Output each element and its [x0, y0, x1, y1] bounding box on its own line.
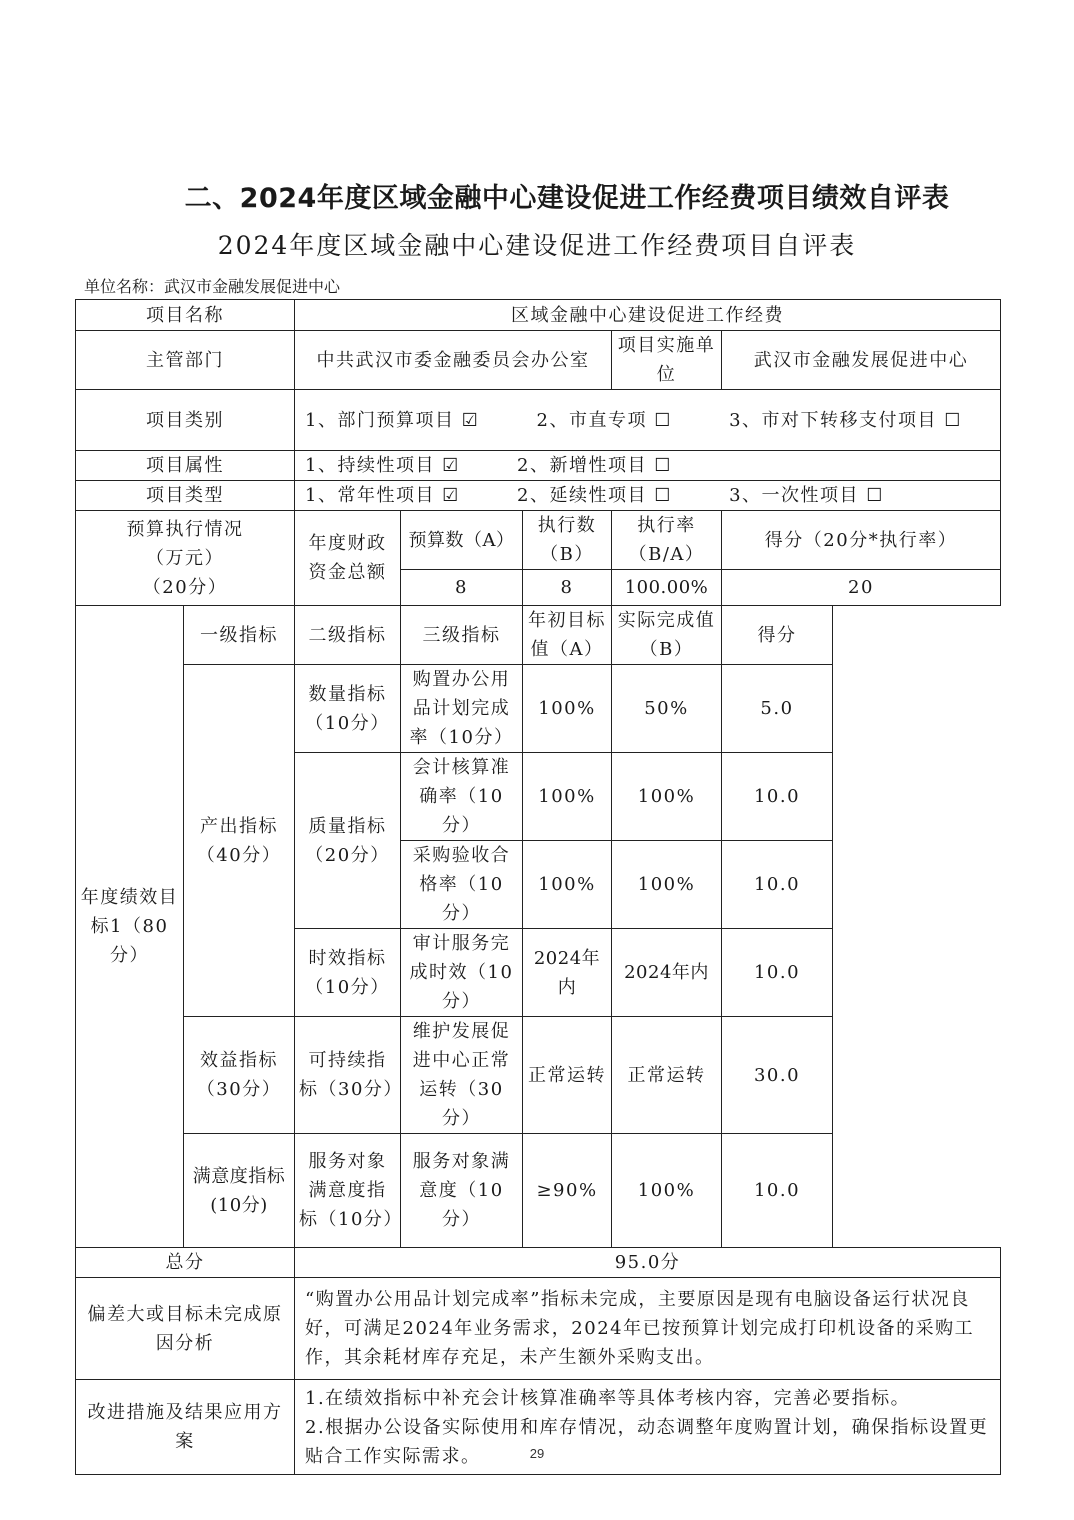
level2-quantity: 数量指标（10分）	[295, 665, 401, 753]
target-value: 2024年内	[523, 929, 612, 1017]
table-row: 效益指标（30分） 可持续指标（30分） 维护发展促进中心正常运转（30分） 正…	[76, 1017, 1001, 1134]
category-label: 项目类别	[76, 390, 295, 451]
score-value: 10.0	[722, 753, 833, 841]
budget-header-a: 预算数（A）	[401, 511, 523, 570]
budget-label-line: （万元）	[80, 544, 290, 573]
header-score: 得分	[722, 606, 833, 665]
budget-header-score: 得分（20分*执行率）	[722, 511, 1001, 570]
header-level1: 一级指标	[184, 606, 295, 665]
budget-value-b: 8	[523, 570, 612, 606]
budget-value-score: 20	[722, 570, 1001, 606]
deviation-label: 偏差大或目标未完成原因分析	[76, 1278, 295, 1380]
type-option-onetime: 3、一次性项目 ☐	[729, 481, 884, 510]
budget-value-a: 8	[401, 570, 523, 606]
table-row: 满意度指标(10分) 服务对象满意度指标（10分） 服务对象满意度（10分） ≥…	[76, 1134, 1001, 1248]
level3: 维护发展促进中心正常运转（30分）	[401, 1017, 523, 1134]
actual-value: 2024年内	[612, 929, 722, 1017]
actual-value: 100%	[612, 841, 722, 929]
attribute-option-new: 2、新增性项目 ☐	[517, 451, 672, 480]
level3: 审计服务完成时效（10分）	[401, 929, 523, 1017]
level3: 采购验收合格率（10分）	[401, 841, 523, 929]
category-options: 1、部门预算项目 ☑ 2、市直专项 ☐ 3、市对下转移支付项目 ☐	[295, 390, 1001, 451]
budget-label: 预算执行情况 （万元） （20分）	[76, 511, 295, 606]
score-value: 10.0	[722, 929, 833, 1017]
score-value: 30.0	[722, 1017, 833, 1134]
level2-satisfaction: 服务对象满意度指标（10分）	[295, 1134, 401, 1248]
score-value: 5.0	[722, 665, 833, 753]
level2-quality: 质量指标（20分）	[295, 753, 401, 929]
category-option-dept-budget: 1、部门预算项目 ☑	[305, 406, 479, 435]
score-value: 10.0	[722, 841, 833, 929]
target-value: 100%	[523, 841, 612, 929]
deviation-text: “购置办公用品计划完成率”指标未完成，主要原因是现有电脑设备运行状况良好，可满足…	[295, 1278, 1001, 1380]
target-value: 100%	[523, 665, 612, 753]
score-value: 10.0	[722, 1134, 833, 1248]
annual-goal-label: 年度绩效目标1（80分）	[76, 606, 184, 1248]
attribute-options: 1、持续性项目 ☑ 2、新增性项目 ☐	[295, 451, 1001, 481]
budget-header-b: 执行数（B）	[523, 511, 612, 570]
actual-value: 50%	[612, 665, 722, 753]
impl-unit-value: 武汉市金融发展促进中心	[722, 331, 1001, 390]
impl-unit-label: 项目实施单位	[612, 331, 722, 390]
attribute-option-continuing: 1、持续性项目 ☑	[305, 451, 460, 480]
budget-header-rate: 执行率（B/A）	[612, 511, 722, 570]
budget-value-rate: 100.00%	[612, 570, 722, 606]
budget-label-line: （20分）	[80, 573, 290, 602]
type-label: 项目类型	[76, 481, 295, 511]
improvement-item: 1.在绩效指标中补充会计核算准确率等具体考核内容，完善必要指标。	[305, 1384, 996, 1413]
dept-value: 中共武汉市委金融委员会办公室	[295, 331, 612, 390]
category-option-transfer: 3、市对下转移支付项目 ☐	[729, 410, 962, 431]
actual-value: 正常运转	[612, 1017, 722, 1134]
self-evaluation-table: 项目名称 区域金融中心建设促进工作经费 主管部门 中共武汉市委金融委员会办公室 …	[75, 299, 1001, 1475]
unit-name: 单位名称：武汉市金融发展促进中心	[84, 274, 340, 297]
header-target: 年初目标值（A）	[523, 606, 612, 665]
target-value: 100%	[523, 753, 612, 841]
improvement-item: 2.根据办公设备实际使用和库存情况，动态调整年度购置计划，确保指标设置更贴合工作…	[305, 1413, 996, 1471]
level1-output: 产出指标（40分）	[184, 665, 295, 1017]
level3: 服务对象满意度（10分）	[401, 1134, 523, 1248]
project-name-label: 项目名称	[76, 300, 295, 331]
table-title: 2024年度区域金融中心建设促进工作经费项目自评表	[0, 226, 1074, 262]
page-number: 29	[0, 1446, 1074, 1461]
type-option-extended: 2、延续性项目 ☐	[517, 481, 672, 510]
header-level2: 二级指标	[295, 606, 401, 665]
budget-label-line: 预算执行情况	[80, 515, 290, 544]
header-actual: 实际完成值（B）	[612, 606, 722, 665]
category-option-city-special: 2、市直专项 ☐	[537, 406, 672, 435]
total-funds-label: 年度财政资金总额	[295, 511, 401, 606]
header-level3: 三级指标	[401, 606, 523, 665]
attribute-label: 项目属性	[76, 451, 295, 481]
level3: 会计核算准确率（10分）	[401, 753, 523, 841]
level3: 购置办公用品计划完成率（10分）	[401, 665, 523, 753]
actual-value: 100%	[612, 753, 722, 841]
type-option-annual: 1、常年性项目 ☑	[305, 481, 460, 510]
type-options: 1、常年性项目 ☑ 2、延续性项目 ☐ 3、一次性项目 ☐	[295, 481, 1001, 511]
level2-timeliness: 时效指标（10分）	[295, 929, 401, 1017]
target-value: ≥90%	[523, 1134, 612, 1248]
total-score-value: 95.0分	[295, 1248, 1001, 1278]
level1-satisfaction: 满意度指标(10分)	[184, 1134, 295, 1248]
table-row: 产出指标（40分） 数量指标（10分） 购置办公用品计划完成率（10分） 100…	[76, 665, 1001, 753]
level1-benefit: 效益指标（30分）	[184, 1017, 295, 1134]
total-score-label: 总分	[76, 1248, 295, 1278]
section-heading: 二、2024年度区域金融中心建设促进工作经费项目绩效自评表	[0, 176, 1074, 215]
level2-sustainability: 可持续指标（30分）	[295, 1017, 401, 1134]
project-name-value: 区域金融中心建设促进工作经费	[295, 300, 1001, 331]
dept-label: 主管部门	[76, 331, 295, 390]
actual-value: 100%	[612, 1134, 722, 1248]
target-value: 正常运转	[523, 1017, 612, 1134]
